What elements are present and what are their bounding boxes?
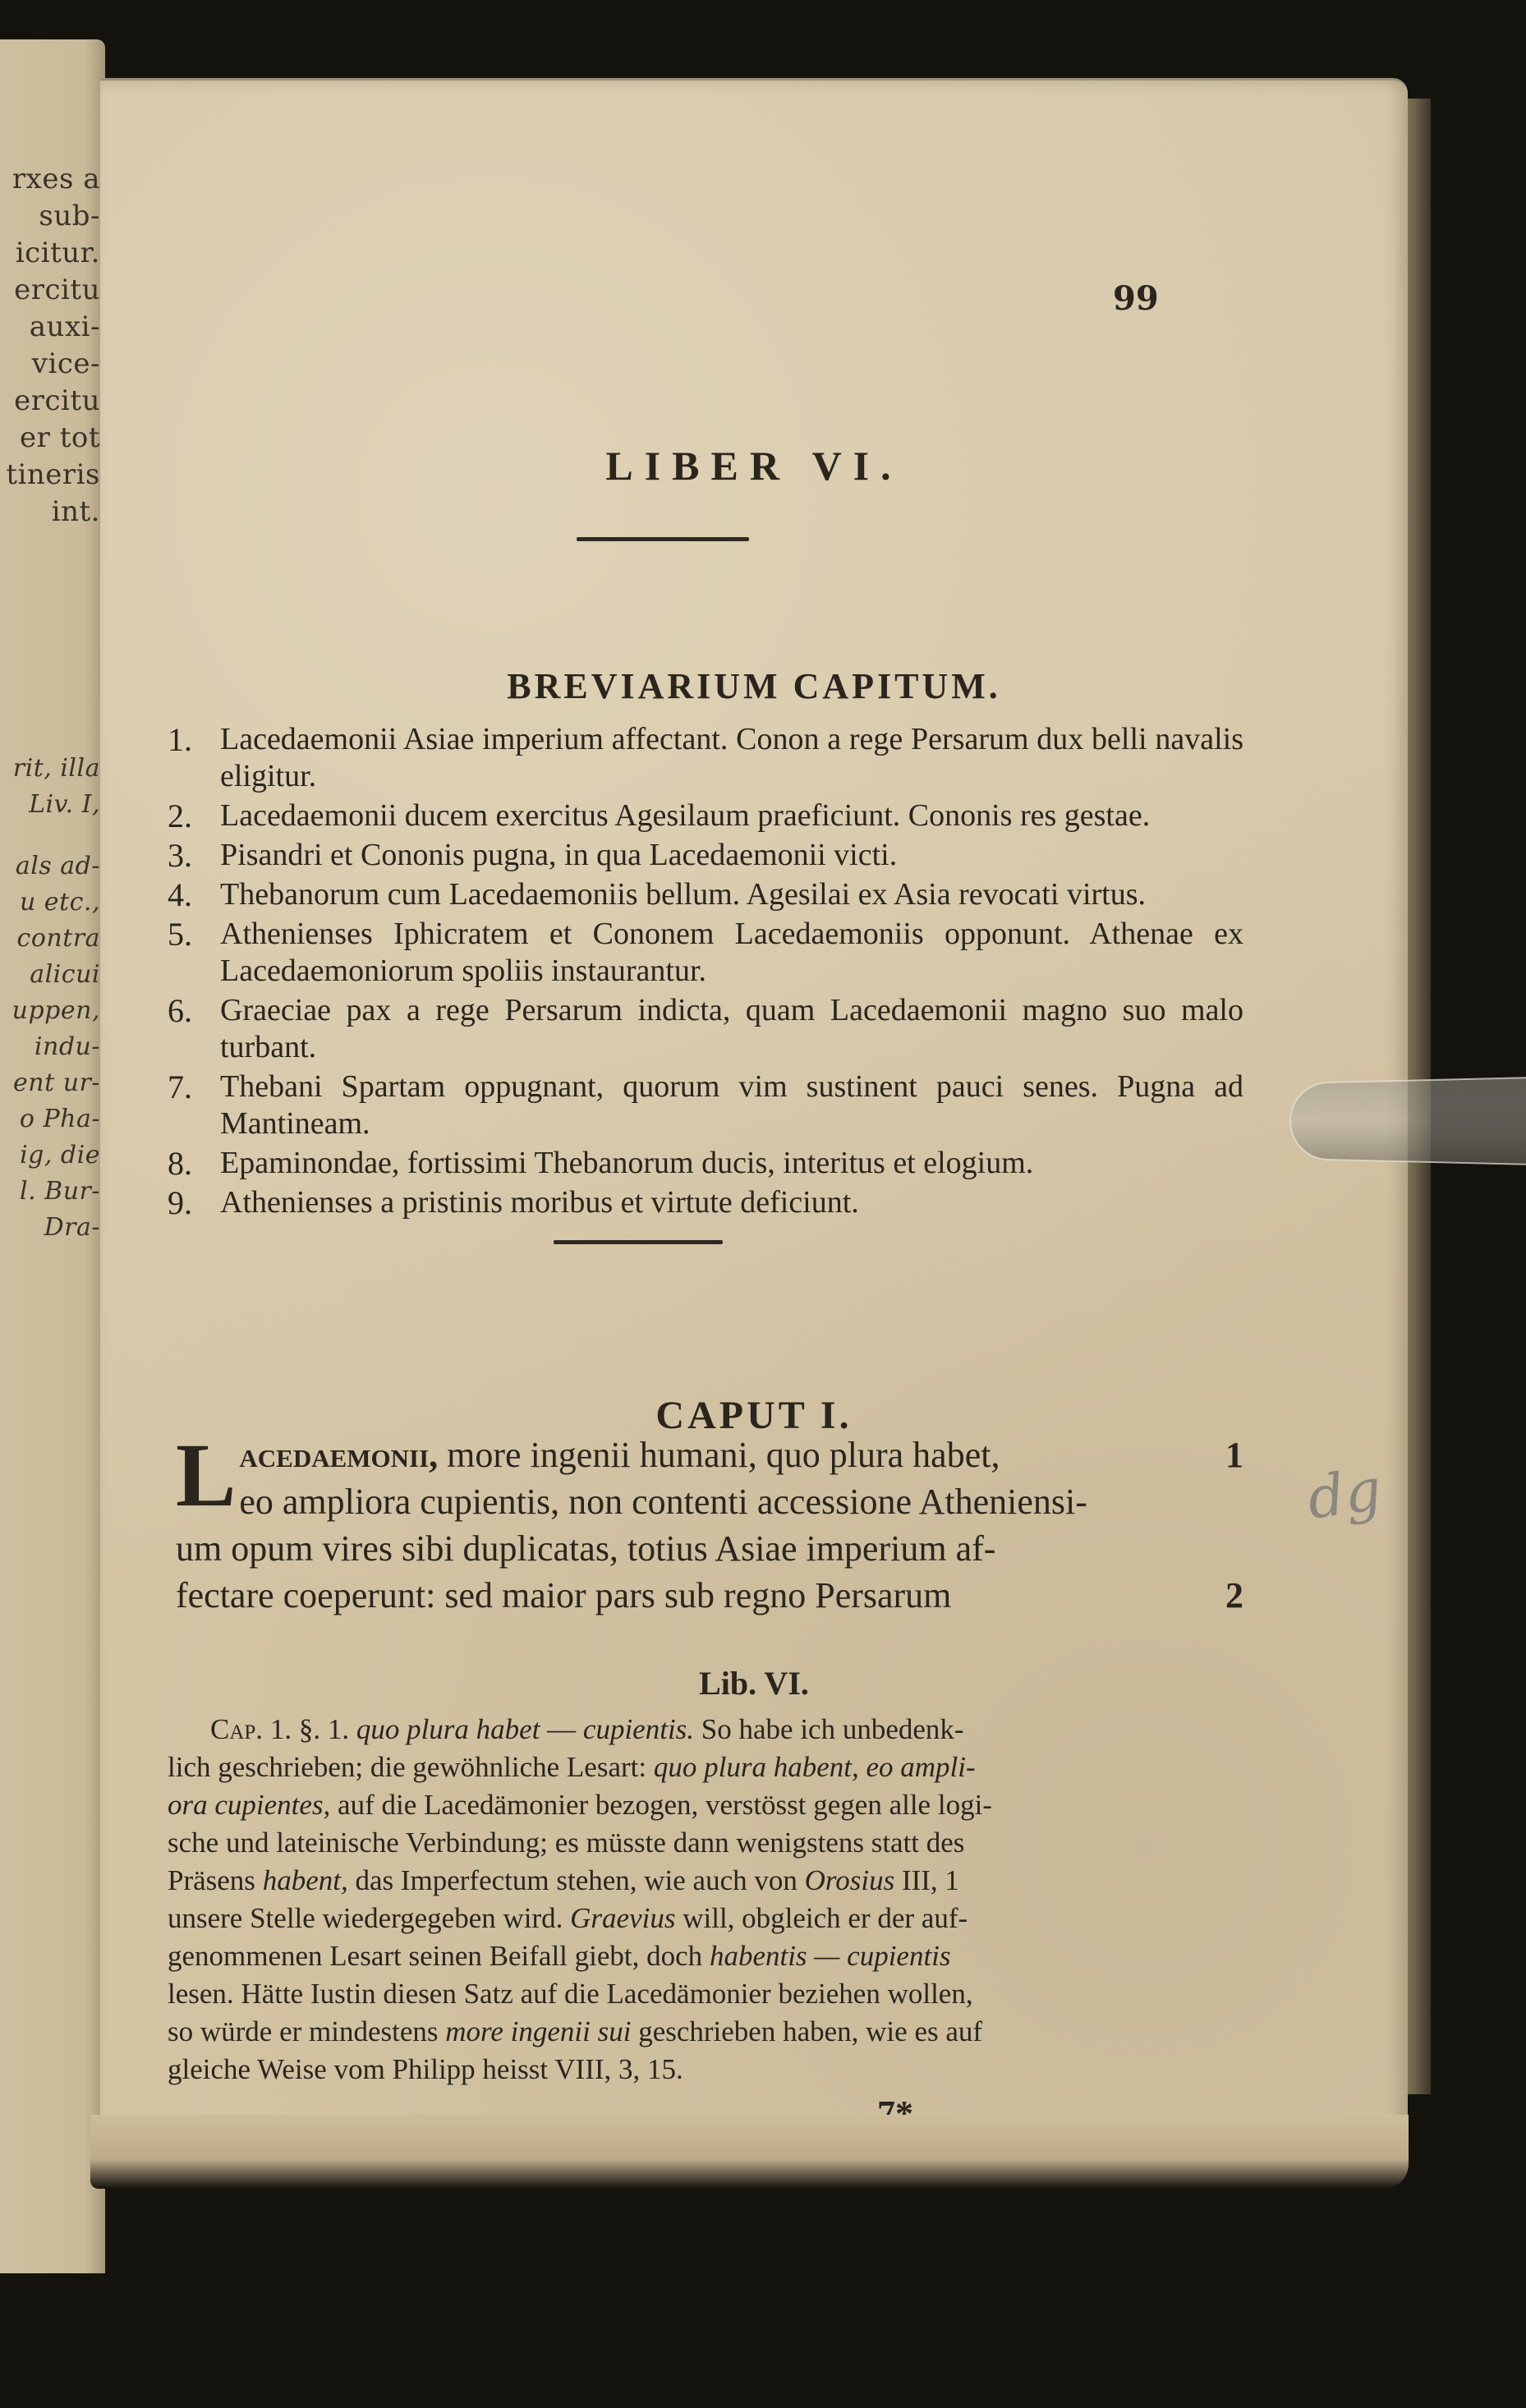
section-rule <box>554 1240 723 1244</box>
text-line: Lacedaemonii, more ingenii humani, quo p… <box>176 1431 1243 1478</box>
summary-title: BREVIARIUM CAPITUM. <box>100 665 1408 707</box>
section-number: 2 <box>1225 1572 1243 1619</box>
note-line: gleiche Weise vom Philipp heisst VIII, 3… <box>168 2051 1219 2089</box>
chapter-body: Lacedaemonii, more ingenii humani, quo p… <box>176 1431 1243 1619</box>
left-page-text-fragment: rxes a <box>12 163 100 195</box>
left-facing-page: rxes asub-icitur.ercituauxi-vice-ercitue… <box>0 39 105 2273</box>
chapter-summary-list: 1.Lacedaemonii Asiae imperium affectant.… <box>168 721 1243 1224</box>
summary-item: 5.Athenienses Iphicratem et Cononem Lace… <box>168 916 1243 990</box>
note-reference: Cap. <box>210 1713 263 1745</box>
note-line: Cap. 1. §. 1. quo plura habet — cupienti… <box>168 1711 1219 1749</box>
left-page-text-fragment: ig, die <box>20 1141 100 1170</box>
pencil-annotation: dg <box>1303 1455 1386 1533</box>
left-page-text-fragment: u etc., <box>20 888 100 917</box>
summary-item: 1.Lacedaemonii Asiae imperium affectant.… <box>168 721 1243 795</box>
left-page-text-fragment: uppen, <box>12 996 100 1025</box>
left-page-text-fragment: rit, illa <box>13 754 100 783</box>
left-page-text-fragment: er tot <box>20 421 100 454</box>
text-line: um opum vires sibi duplicatas, totius As… <box>176 1525 1243 1572</box>
notes-title: Lib. VI. <box>100 1664 1408 1703</box>
note-line: ora cupientes, auf die Lacedämonier bezo… <box>168 1786 1219 1824</box>
left-page-text-fragment: ercitu <box>14 384 100 417</box>
left-page-text-fragment: ercitu <box>14 273 100 306</box>
note-line: genommenen Lesart seinen Beifall giebt, … <box>168 1937 1219 1975</box>
book-page: 99 LIBER VI. BREVIARIUM CAPITUM. 1.Laced… <box>100 78 1408 2158</box>
first-word: acedaemonii, <box>239 1435 438 1475</box>
page-number: 99 <box>1113 279 1159 318</box>
left-page-text-fragment: int. <box>52 495 100 528</box>
title-rule <box>577 537 749 541</box>
left-page-text-fragment: icitur. <box>16 237 100 269</box>
summary-item: 3.Pisandri et Cononis pugna, in qua Lace… <box>168 837 1243 874</box>
summary-item: 9.Athenienses a pristinis moribus et vir… <box>168 1184 1243 1221</box>
book-title: LIBER VI. <box>100 442 1408 489</box>
left-page-text-fragment: alicui <box>30 960 100 989</box>
note-line: lesen. Hätte Iustin diesen Satz auf die … <box>168 1975 1219 2013</box>
section-number: 1 <box>1225 1431 1243 1478</box>
summary-item: 2.Lacedaemonii ducem exercitus Agesilaum… <box>168 797 1243 834</box>
left-page-text-fragment: sub- <box>39 200 100 232</box>
summary-item: 6.Graeciae pax a rege Persarum indicta, … <box>168 992 1243 1066</box>
summary-item: 8.Epaminondae, fortissimi Thebanorum duc… <box>168 1145 1243 1182</box>
left-page-text-fragment: als ad- <box>16 852 100 880</box>
left-page-text-fragment: Liv. I, <box>29 790 100 819</box>
left-page-text-fragment: contra <box>17 924 100 953</box>
summary-item: 4.Thebanorum cum Lacedaemoniis bellum. A… <box>168 876 1243 913</box>
page-bottom-edge <box>90 2115 1409 2189</box>
text-line: fectare coeperunt: sed maior pars sub re… <box>176 1572 1243 1619</box>
commentary-notes: Cap. 1. §. 1. quo plura habet — cupienti… <box>168 1711 1219 2089</box>
text-line: eo ampliora cupientis, non contenti acce… <box>176 1478 1243 1525</box>
page-holder-spatula-icon <box>1271 1068 1526 1174</box>
note-line: Präsens habent, das Imperfectum stehen, … <box>168 1862 1219 1900</box>
note-line: so würde er mindestens more ingenii sui … <box>168 2013 1219 2051</box>
summary-item: 7.Thebani Spartam oppugnant, quorum vim … <box>168 1068 1243 1142</box>
left-page-text-fragment: indu- <box>34 1032 100 1061</box>
left-page-text-fragment: vice- <box>32 347 100 380</box>
left-page-text-fragment: ent ur- <box>13 1068 100 1097</box>
left-page-text-fragment: l. Bur- <box>20 1177 100 1206</box>
note-line: unsere Stelle wiedergegeben wird. Graevi… <box>168 1900 1219 1937</box>
left-page-text-fragment: tineris <box>6 458 100 491</box>
note-line: lich geschrieben; die gewöhnliche Lesart… <box>168 1749 1219 1786</box>
left-page-text-fragment: auxi- <box>30 310 100 343</box>
left-page-text-fragment: Dra- <box>44 1213 100 1242</box>
note-line: sche und lateinische Verbindung; es müss… <box>168 1824 1219 1862</box>
left-page-text-fragment: o Pha- <box>20 1105 100 1133</box>
